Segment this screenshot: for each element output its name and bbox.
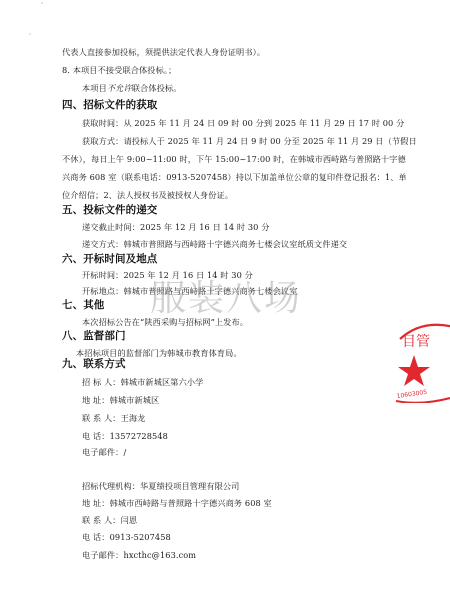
- text-line: 递交方式：韩城市普照路与西峙路十字德兴商务七楼会议室纸质文件递交: [82, 239, 347, 249]
- field-label: 招 标 人：: [82, 377, 121, 387]
- section-heading: 五、投标文件的递交: [62, 204, 157, 216]
- field-label: 地 址：: [82, 498, 110, 508]
- scan-speck: [29, 33, 31, 35]
- seal-top-text: 目管: [402, 334, 430, 350]
- watermark-text: 服装八场: [150, 270, 302, 321]
- tenderer-contact-row: 联 系 人：王海龙: [82, 413, 145, 423]
- field-label: 地 址：: [82, 395, 110, 405]
- text-line: 获取方式：请投标人于 2025 年 11 月 24 日 9 时 00 分至 20…: [82, 136, 417, 146]
- field-value: /: [123, 447, 126, 457]
- tenderer-address-row: 地 址：韩城市新城区: [82, 395, 159, 405]
- field-label: 联 系 人：: [82, 515, 121, 525]
- text-line: 获取时间：从 2025 年 11 月 24 日 09 时 00 分到 2025 …: [82, 118, 404, 128]
- text-line: 本项目不允许联合体投标。: [82, 83, 181, 93]
- section-heading: 四、招标文件的获取: [62, 99, 157, 111]
- agency-address-row: 地 址：韩城市西峙路与普照路十字德兴商务 608 室: [82, 498, 272, 508]
- svg-text:10603005: 10603005: [396, 389, 427, 400]
- text-line: 8. 本项目不接受联合体投标。；: [62, 65, 176, 75]
- field-value: 闫恩: [121, 515, 138, 525]
- text-line: 位介绍信；2、法人授权书及被授权人身份证。: [62, 190, 233, 200]
- field-value: 韩城市新城区第六小学: [121, 377, 204, 387]
- seal-icon: 目管 10603005: [392, 313, 450, 403]
- field-label: 电 话：: [82, 431, 110, 441]
- agency-phone-row: 电 话：0913-5207458: [82, 532, 171, 542]
- field-label: 招标代理机构：: [82, 481, 140, 491]
- field-value: hxcthc@163.com: [123, 550, 196, 560]
- scan-speck: [41, 2, 43, 4]
- field-label: 电子邮件：: [82, 550, 123, 560]
- text-fragment: 不允许: [107, 83, 132, 93]
- section-heading: 七、其他: [62, 299, 104, 311]
- field-value: 韩城市西峙路与普照路十字德兴商务 608 室: [110, 498, 272, 508]
- section-heading: 八、监督部门: [62, 330, 126, 342]
- text-line: 递交截止时间：2025 年 12 月 16 日 14 时 30 分: [82, 222, 269, 232]
- agency-email-row: 电子邮件：hxcthc@163.com: [82, 550, 196, 560]
- official-seal-stamp: 目管 10603005: [392, 313, 450, 403]
- field-value: 韩城市新城区: [110, 395, 160, 405]
- agency-contact-row: 联 系 人：闫恩: [82, 515, 137, 525]
- field-value: 13572728548: [110, 431, 168, 441]
- tenderer-email-row: 电子邮件：/: [82, 447, 126, 457]
- field-value: 华夏绩投项目管理有限公司: [140, 481, 239, 491]
- text-fragment: 联合体投标。: [132, 83, 182, 93]
- text-line: 兴商务 608 室（联系电话：0913-5207458）持以下加盖单位公章的复印…: [62, 172, 407, 182]
- field-label: 电子邮件：: [82, 447, 123, 457]
- tenderer-name-row: 招 标 人：韩城市新城区第六小学: [82, 377, 203, 387]
- text-fragment: 本项目: [82, 83, 107, 93]
- section-heading: 九、联系方式: [62, 358, 126, 370]
- field-value: 王海龙: [121, 413, 146, 423]
- field-value: 0913-5207458: [110, 532, 171, 542]
- field-label: 联 系 人：: [82, 413, 121, 423]
- text-line: 本招标项目的监督部门为韩城市教育体育局。: [76, 348, 242, 358]
- field-label: 电 话：: [82, 532, 110, 542]
- text-line: 不休），每日上午 9:00~11:00 时，下午 15:00~17:00 时，在…: [62, 154, 406, 164]
- section-heading: 六、开标时间及地点: [62, 253, 157, 265]
- text-line: 代表人直接参加投标，须提供法定代表人身份证明书）。: [62, 47, 265, 57]
- tenderer-phone-row: 电 话：13572728548: [82, 431, 168, 441]
- agency-name-row: 招标代理机构：华夏绩投项目管理有限公司: [82, 481, 239, 491]
